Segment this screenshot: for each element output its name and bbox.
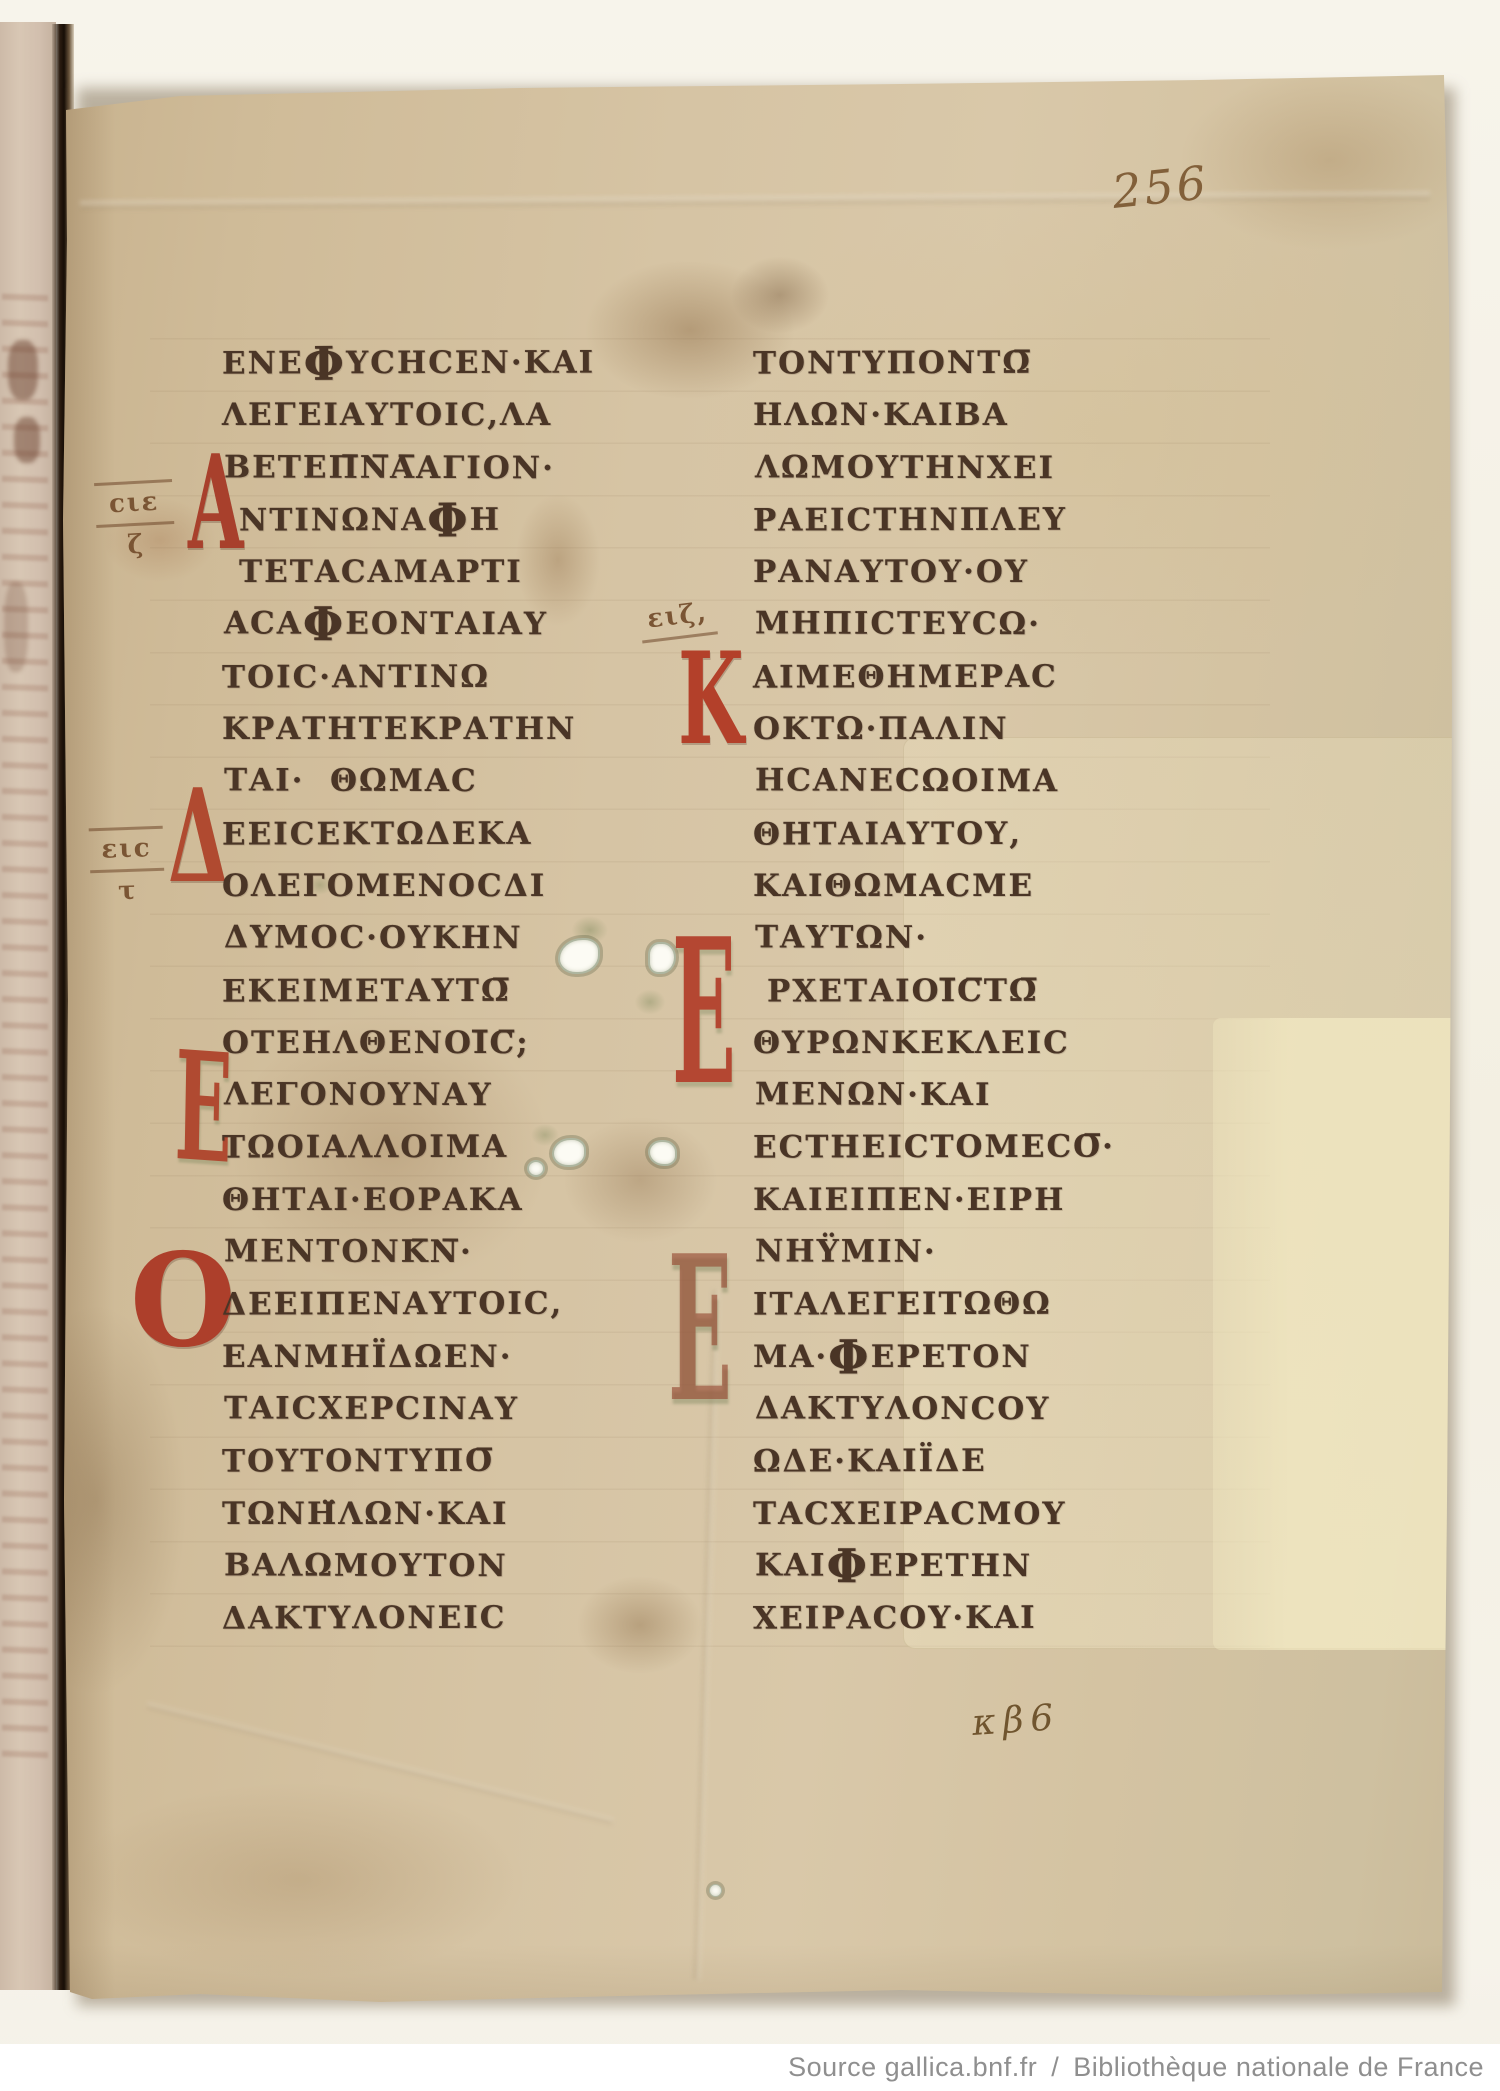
enlarged-phi: Φ	[304, 336, 347, 391]
enlarged-phi: Φ	[828, 1329, 871, 1384]
margin-note-text: ειϲ	[89, 832, 164, 867]
manuscript-line: ΕΑΝΜΗΪΔΩΕΝ·	[222, 1331, 652, 1383]
manuscript-line: ΙΤΑΛΕΓΕΙΤΩΘΩ	[753, 1278, 1183, 1331]
text-column-left: ΕΝΕΦΥϹΗϹΕΝ·ΚΑΙ ΛΕΓΕΙΑΥΤΟΙϹ,ΛΑ ΒΕΤΕΠ̅Ν̅Α̅…	[222, 337, 652, 1644]
manuscript-line: ΟΛΕΓΟΜΕΝΟϹΔΙ	[222, 860, 652, 912]
rubric-initial-delta: Δ	[168, 788, 228, 888]
manuscript-line: ΜΕΝΤΟΝΚ̅Ν̅·	[224, 1225, 654, 1278]
manuscript-line: ΤΟΥΤΟΝΤΥΠΟ̅	[222, 1435, 652, 1488]
footer-source: Source gallica.bnf.fr	[788, 2052, 1037, 2083]
manuscript-line: ΕΕΙϹΕΚΤΩΔΕΚΑ	[222, 807, 652, 860]
margin-note-stroke	[89, 826, 163, 832]
gallica-footer: Source gallica.bnf.fr / Bibliothèque nat…	[0, 2044, 1500, 2091]
manuscript-line: ΡΑΕΙϹΤΗΝΠΛΕΥ	[753, 493, 1183, 546]
manuscript-line: ΜΑ·ΦΕΡΕΤΟΝ	[753, 1331, 1183, 1383]
crease	[80, 191, 1430, 209]
manuscript-line: ΛΩΜΟΥΤΗΝΧΕΙ	[755, 441, 1185, 494]
rubric-initial-kappa: Κ	[678, 650, 744, 748]
manuscript-line: ΘΥΡΩΝΚΕΚΛΕΙϹ	[753, 1017, 1183, 1069]
manuscript-line: ΤΑΙ· ΘΩΜΑϹ	[224, 755, 654, 808]
manuscript-line: ΕϹΤΗΕΙϹΤΟΜΕϹΟ̅·	[753, 1121, 1183, 1174]
text-column-right: ΤΟΝΤΥΠΟΝΤΩ̅ ΗΛΩΝ·ΚΑΙΒΑ ΛΩΜΟΥΤΗΝΧΕΙ ΡΑΕΙϹ…	[753, 337, 1183, 1644]
manuscript-line: ΝΤΙΝΩΝΑΦΗ	[222, 493, 652, 546]
bleedthrough-mark	[8, 340, 38, 400]
margin-note-text: ζ	[97, 526, 177, 563]
manuscript-line: ΩΔΕ·ΚΑΙΪΔΕ	[753, 1435, 1183, 1488]
margin-note-text: τ	[90, 873, 165, 908]
parchment-hole	[527, 1160, 545, 1177]
manuscript-line: ΤΩΟΙΑΛΛΟΙΜΑ	[222, 1121, 652, 1174]
manuscript-line: ΤΑΙϹΧΕΡϹΙΝΑΥ	[224, 1382, 654, 1435]
bleedthrough-mark	[14, 417, 40, 463]
margin-lection-note: ειϲ τ	[89, 823, 166, 909]
manuscript-line: ΒΕΤΕΠ̅Ν̅Α̅ΑΓΙΟΝ·	[224, 441, 654, 494]
manuscript-line: ΟΤΕΗΛΘΕΝΟΙ̅Ϲ̅;	[222, 1017, 652, 1069]
previous-leaf-edge	[0, 22, 56, 1990]
margin-lection-note: ϲιε ζ	[94, 476, 176, 563]
manuscript-line: ΘΗΤΑΙ·ΕΟΡΑΚΑ	[222, 1174, 652, 1226]
quire-mark: κβ6	[971, 1697, 1062, 1744]
manuscript-line: ΚΡΑΤΗΤΕΚΡΑΤΗΝ	[222, 703, 652, 755]
manuscript-line: ΡΑΝΑΥΤΟΥ·ΟΥ	[753, 546, 1183, 598]
rubric-initial-omicron: Ο	[130, 1252, 236, 1352]
manuscript-line: ΕΝΕΦΥϹΗϹΕΝ·ΚΑΙ	[222, 336, 652, 389]
manuscript-line: ΜΕΝΩΝ·ΚΑΙ	[755, 1069, 1185, 1122]
manuscript-line: ΑϹΑΦΕΟΝΤΑΙΑΥ	[224, 598, 654, 651]
manuscript-line: ΡΧΕΤΑΙΟΙ̅Ϲ̅ΤΩ̅	[753, 964, 1183, 1017]
parchment-hole	[552, 1138, 586, 1167]
manuscript-line: ΤΩΝΗ̈ΛΩΝ·ΚΑΙ	[222, 1488, 652, 1540]
enlarged-phi: Φ	[303, 597, 346, 652]
manuscript-line: ΔΕΕΙΠΕΝΑΥΤΟΙϹ,	[222, 1278, 652, 1331]
footer-institution: Bibliothèque nationale de France	[1073, 2052, 1484, 2083]
margin-note-text: ϲιε	[94, 485, 174, 522]
repair-patch-bright	[1213, 1018, 1465, 1650]
manuscript-line: ΤΟΙϹ·ΑΝΤΙΝΩ	[222, 650, 652, 703]
manuscript-line: ΝΗΫΜΙΝ·	[755, 1225, 1185, 1278]
parchment-page: 256 ϲιε ζ ειϲ τ ειζ, Α Δ Ε Ο Κ Ε Ε ΕΝΕΦΥ…	[0, 0, 1500, 2091]
manuscript-scan: 256 ϲιε ζ ειϲ τ ειζ, Α Δ Ε Ο Κ Ε Ε ΕΝΕΦΥ…	[0, 0, 1500, 2091]
footer-separator: /	[1051, 2052, 1059, 2083]
manuscript-line: ΒΑΛΩΜΟΥΤΟΝ	[224, 1539, 654, 1592]
manuscript-line: ΤΑΥΤΩΝ·	[755, 912, 1185, 965]
manuscript-line: ΗϹΑΝΕϹΩΟΙΜΑ	[755, 755, 1185, 808]
folio-number: 256	[1109, 155, 1211, 219]
manuscript-line: ΛΕΓΟΝΟΥΝΑΥ	[224, 1069, 654, 1122]
bleedthrough-mark	[4, 582, 28, 672]
manuscript-line: ΑΙΜΕΘΗΜΕΡΑϹ	[753, 650, 1183, 703]
manuscript-line: ΜΗΠΙϹΤΕΥϹΩ·	[755, 598, 1185, 651]
manuscript-line: ΟΚΤΩ·ΠΑΛΙΝ	[753, 703, 1183, 755]
manuscript-line: ΚΑΙΕΙΠΕΝ·ΕΙΡΗ	[753, 1174, 1183, 1226]
rubric-initial-epsilon: Ε	[668, 1252, 732, 1408]
manuscript-line: ΤΑϹΧΕΙΡΑϹΜΟΥ	[753, 1488, 1183, 1540]
enlarged-phi: Φ	[427, 492, 470, 547]
manuscript-line: ΔΑΚΤΥΛΟΝϹΟΥ	[755, 1382, 1185, 1435]
manuscript-line: ΘΗΤΑΙΑΥΤΟΥ,	[753, 807, 1183, 860]
manuscript-line: ΚΑΙΘΩΜΑϹΜΕ	[753, 860, 1183, 912]
rubric-initial-epsilon: Ε	[672, 935, 736, 1091]
bleedthrough-text	[2, 292, 48, 1772]
margin-note-stroke	[90, 867, 164, 873]
manuscript-line: ΚΑΙΦΕΡΕΤΗΝ	[755, 1539, 1185, 1592]
manuscript-line: ΤΟΝΤΥΠΟΝΤΩ̅	[753, 336, 1183, 389]
crease	[146, 1702, 613, 1825]
parchment-hole	[648, 1140, 677, 1166]
parchment-hole	[709, 1884, 722, 1897]
manuscript-line: ΤΕΤΑϹΑΜΑΡΤΙ	[222, 546, 652, 598]
manuscript-line: ΔΑΚΤΥΛΟΝΕΙϹ	[222, 1592, 652, 1645]
manuscript-line: ΧΕΙΡΑϹΟΥ·ΚΑΙ	[753, 1592, 1183, 1645]
manuscript-line: ΗΛΩΝ·ΚΑΙΒΑ	[753, 389, 1183, 441]
enlarged-phi: Φ	[826, 1538, 869, 1593]
manuscript-line: ΛΕΓΕΙΑΥΤΟΙϹ,ΛΑ	[222, 389, 652, 441]
